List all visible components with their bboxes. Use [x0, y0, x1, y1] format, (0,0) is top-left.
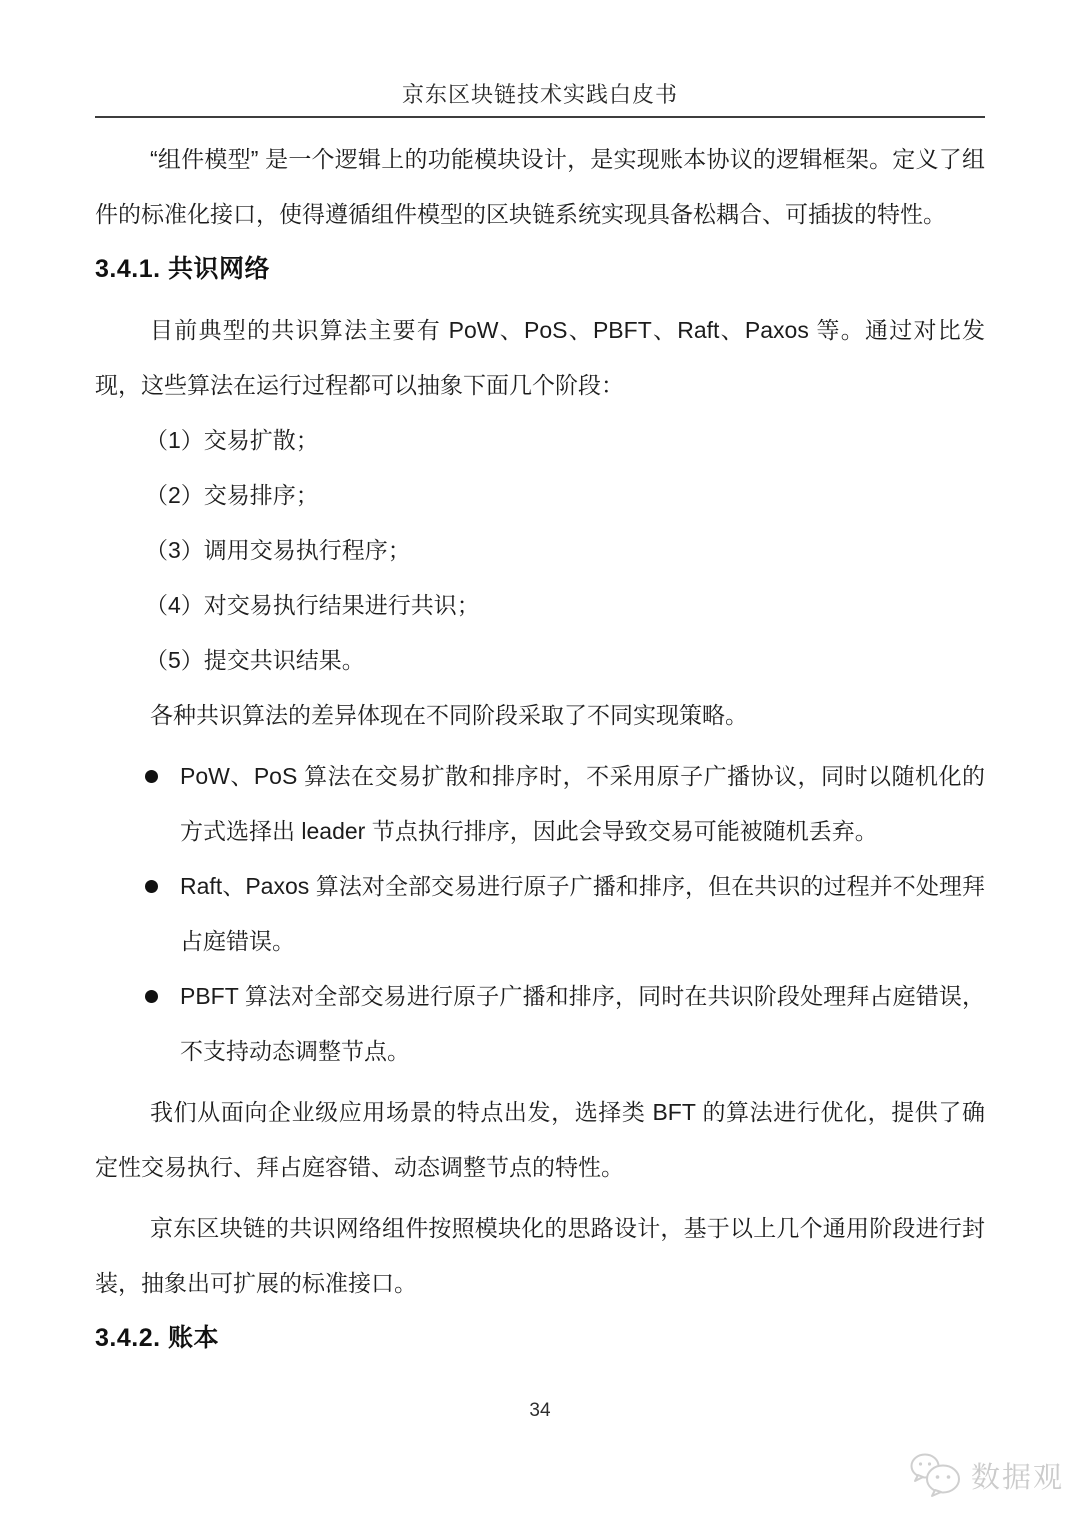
section-heading-3-4-2: 3.4.2. 账本	[95, 1311, 985, 1366]
paragraph-strategies-note: 各种共识算法的差异体现在不同阶段采取了不同实现策略。	[95, 688, 985, 743]
stage-item-1: （1）交易扩散；	[95, 413, 985, 468]
stage-item-2: （2）交易排序；	[95, 468, 985, 523]
list-item-text: PoW、PoS 算法在交易扩散和排序时，不采用原子广播协议，同时以随机化的方式选…	[180, 763, 985, 844]
paragraph-bft-optimization: 我们从面向企业级应用场景的特点出发，选择类 BFT 的算法进行优化，提供了确定性…	[95, 1085, 985, 1195]
header-divider	[95, 116, 985, 118]
page-body: “组件模型” 是一个逻辑上的功能模块设计，是实现账本协议的逻辑框架。定义了组件的…	[95, 132, 985, 1366]
stage-item-4: （4）对交易执行结果进行共识；	[95, 578, 985, 633]
bullet-icon	[145, 880, 158, 893]
page-number: 34	[0, 1400, 1080, 1422]
bullet-icon	[145, 770, 158, 783]
list-item-raft-paxos: Raft、Paxos 算法对全部交易进行原子广播和排序，但在共识的过程并不处理拜…	[95, 859, 985, 969]
wechat-chat-bubbles-icon	[909, 1450, 963, 1500]
paragraph-component-model: “组件模型” 是一个逻辑上的功能模块设计，是实现账本协议的逻辑框架。定义了组件的…	[95, 132, 985, 242]
stage-item-3: （3）调用交易执行程序；	[95, 523, 985, 578]
document-title: 京东区块链技术实践白皮书	[95, 82, 985, 108]
stage-item-5: （5）提交共识结果。	[95, 633, 985, 688]
paragraph-modular-design: 京东区块链的共识网络组件按照模块化的思路设计，基于以上几个通用阶段进行封装，抽象…	[95, 1201, 985, 1311]
list-item-text: Raft、Paxos 算法对全部交易进行原子广播和排序，但在共识的过程并不处理拜…	[180, 873, 985, 954]
consensus-stage-list: （1）交易扩散； （2）交易排序； （3）调用交易执行程序； （4）对交易执行结…	[95, 413, 985, 688]
watermark-label: 数据观	[971, 1455, 1064, 1496]
list-item-pbft: PBFT 算法对全部交易进行原子广播和排序，同时在共识阶段处理拜占庭错误，不支持…	[95, 969, 985, 1079]
watermark: 数据观	[909, 1450, 1064, 1500]
section-heading-3-4-1: 3.4.1. 共识网络	[95, 242, 985, 297]
paragraph-consensus-overview: 目前典型的共识算法主要有 PoW、PoS、PBFT、Raft、Paxos 等。通…	[95, 303, 985, 413]
bullet-icon	[145, 990, 158, 1003]
list-item-pow-pos: PoW、PoS 算法在交易扩散和排序时，不采用原子广播协议，同时以随机化的方式选…	[95, 749, 985, 859]
algorithm-comparison-list: PoW、PoS 算法在交易扩散和排序时，不采用原子广播协议，同时以随机化的方式选…	[95, 749, 985, 1079]
document-page: 京东区块链技术实践白皮书 “组件模型” 是一个逻辑上的功能模块设计，是实现账本协…	[0, 0, 1080, 1526]
list-item-text: PBFT 算法对全部交易进行原子广播和排序，同时在共识阶段处理拜占庭错误，不支持…	[180, 983, 985, 1064]
page-header: 京东区块链技术实践白皮书	[95, 0, 985, 118]
